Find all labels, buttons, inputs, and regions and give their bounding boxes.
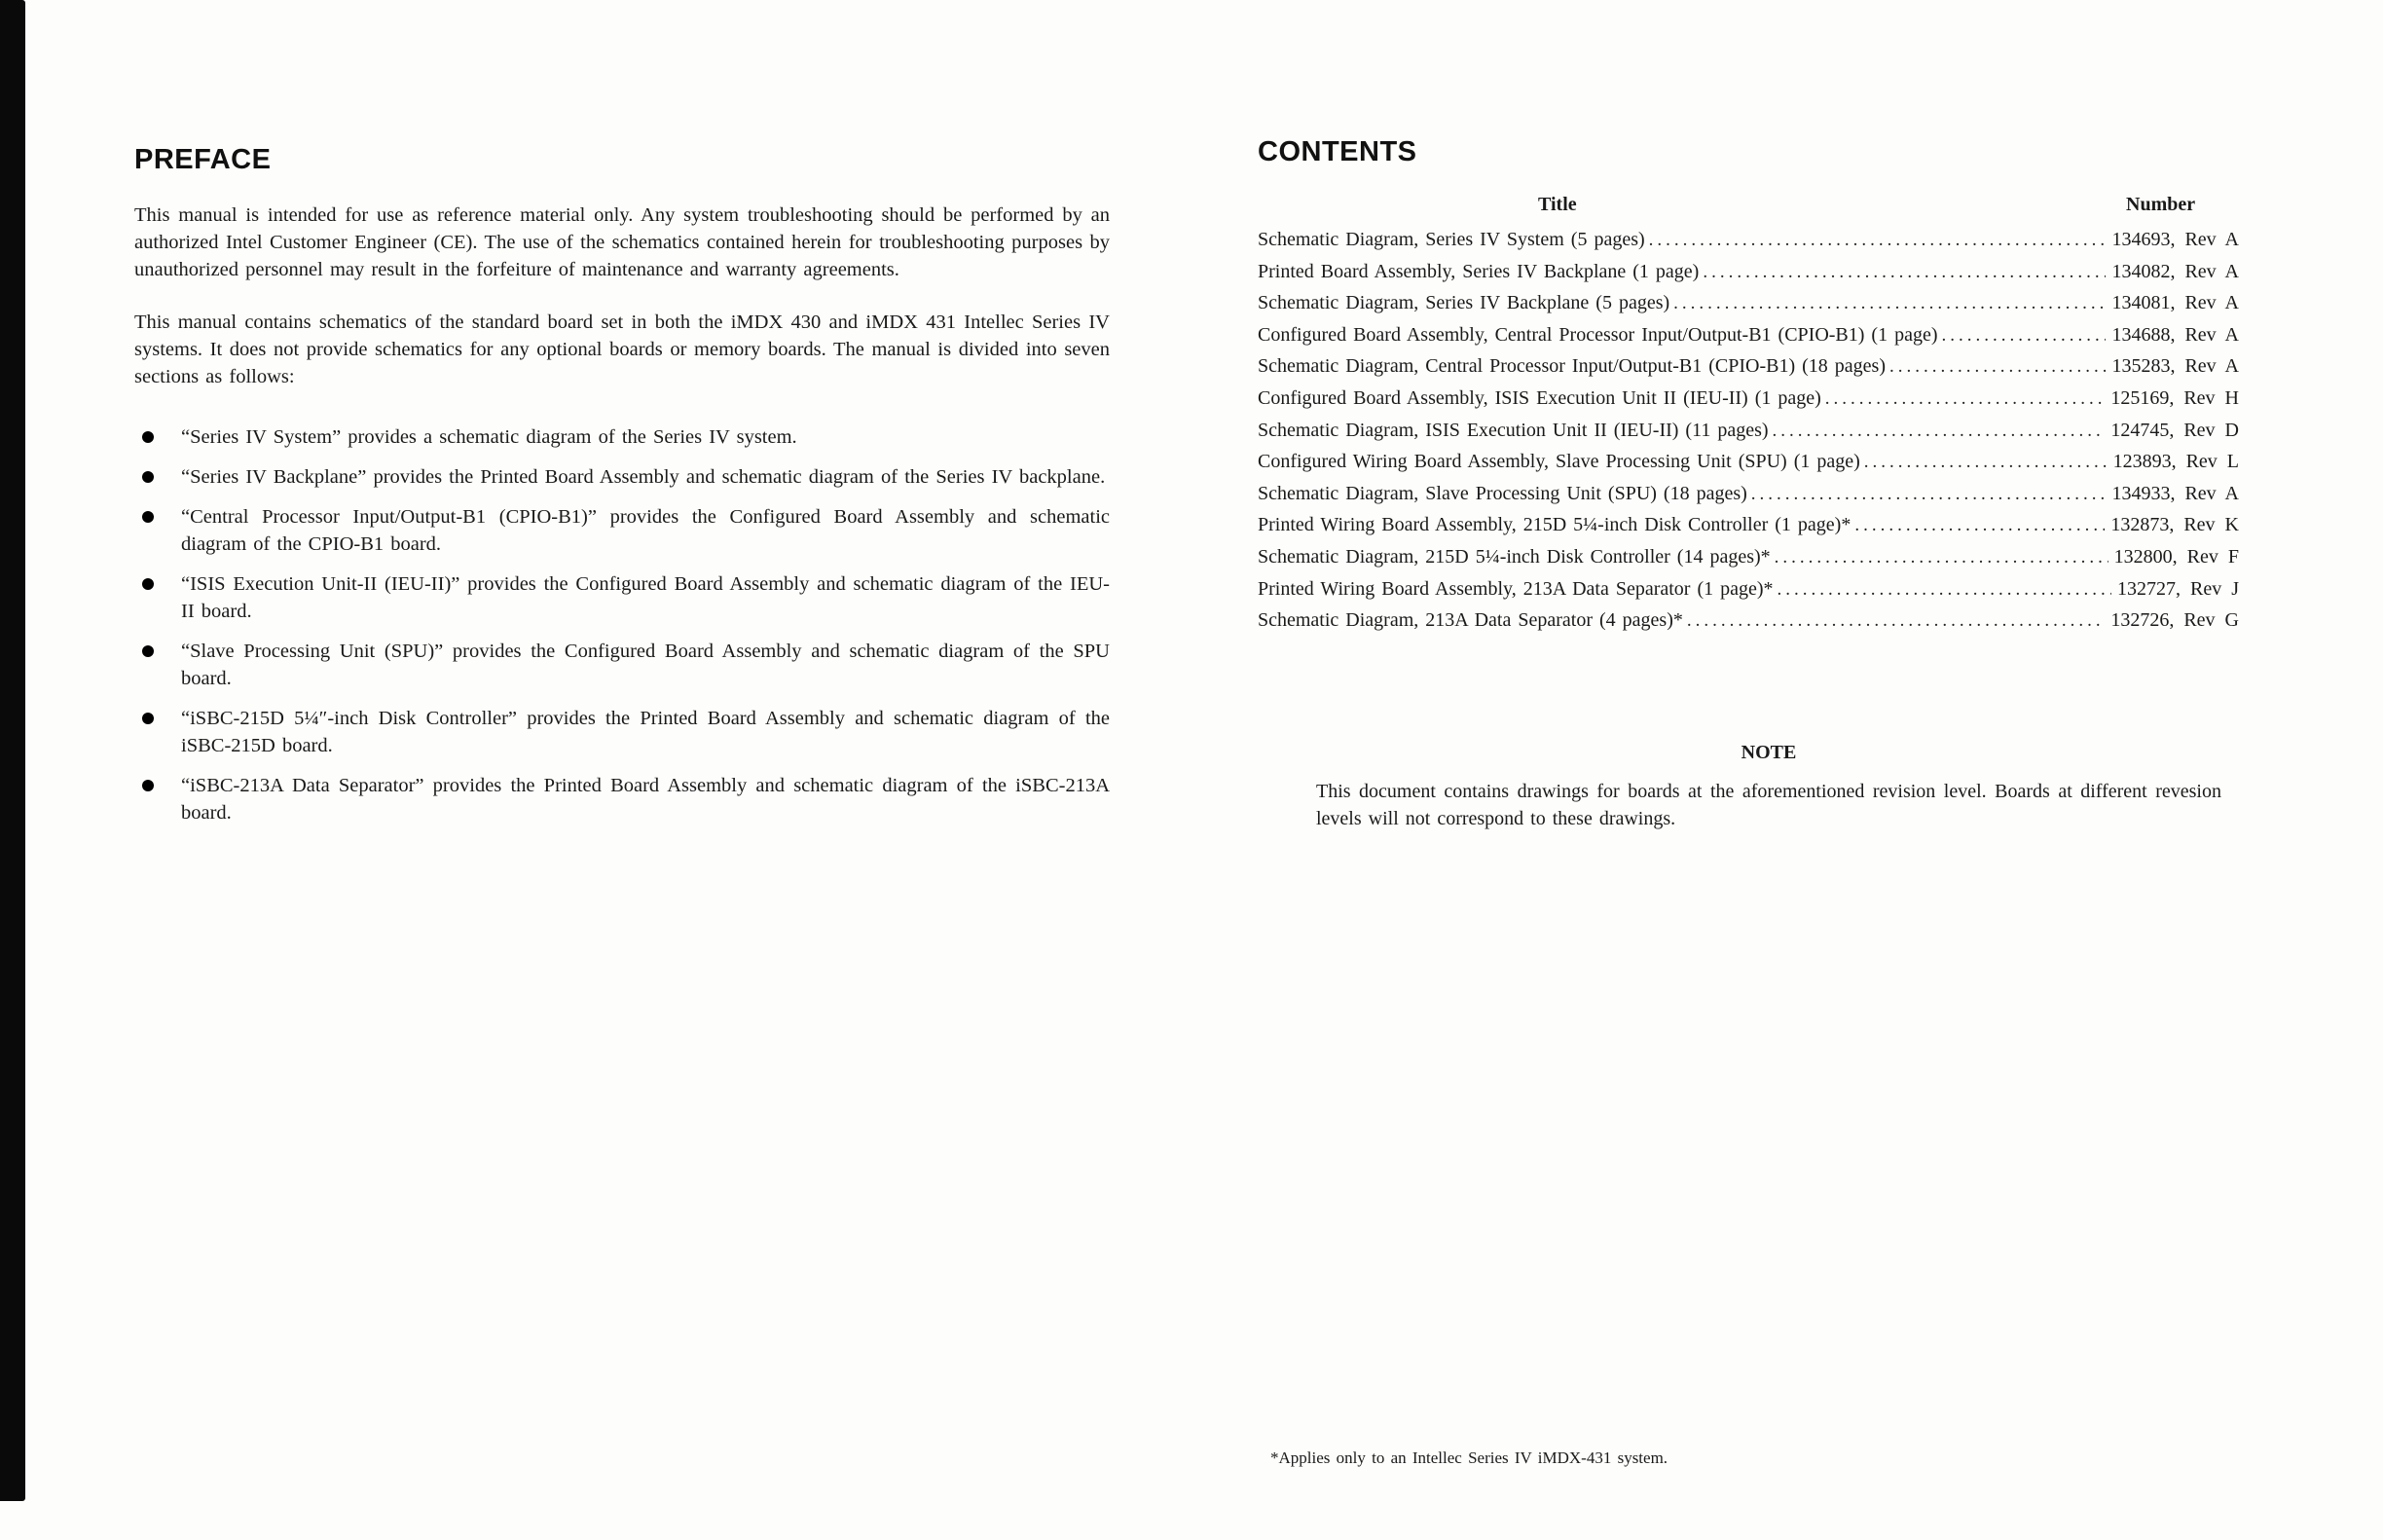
dot-leader: [1942, 324, 2107, 347]
toc-entry-number: 123893, Rev L: [2113, 451, 2239, 473]
toc-header-row: Title Number: [1258, 194, 2239, 227]
bullet-item: “Series IV System” provides a schematic …: [134, 423, 1110, 451]
toc-row: Schematic Diagram, 213A Data Separator (…: [1258, 609, 2239, 642]
contents-section: CONTENTS Title Number Schematic Diagram,…: [1258, 136, 2239, 642]
toc-entry-number: 132727, Rev J: [2117, 578, 2239, 601]
preface-heading: PREFACE: [134, 144, 1110, 176]
toc-col-number: Number: [2126, 194, 2195, 216]
toc-entry-number: 132873, Rev K: [2110, 514, 2239, 536]
toc-row: Configured Board Assembly, ISIS Executio…: [1258, 387, 2239, 420]
toc-col-title: Title: [1538, 194, 1577, 216]
toc-entry-number: 134688, Rev A: [2111, 324, 2239, 347]
toc-entry-title: Configured Board Assembly, Central Proce…: [1258, 324, 1938, 347]
bullet-icon: [142, 780, 154, 791]
toc-row: Printed Board Assembly, Series IV Backpl…: [1258, 261, 2239, 293]
bullet-icon: [142, 431, 154, 443]
toc-entry-number: 125169, Rev H: [2110, 387, 2239, 410]
dot-leader: [1687, 609, 2105, 632]
toc-row: Configured Wiring Board Assembly, Slave …: [1258, 451, 2239, 483]
toc-entry-number: 134082, Rev A: [2111, 261, 2239, 283]
dot-leader: [1673, 292, 2106, 314]
contents-heading: CONTENTS: [1258, 136, 2239, 168]
bullet-item: “Slave Processing Unit (SPU)” provides t…: [134, 638, 1110, 692]
toc-entry-number: 134933, Rev A: [2111, 483, 2239, 505]
toc-entry-title: Schematic Diagram, Series IV System (5 p…: [1258, 229, 1645, 251]
note-block: NOTE This document contains drawings for…: [1316, 742, 2221, 832]
manual-scan-page: PREFACE This manual is intended for use …: [0, 0, 2383, 1540]
footnote: *Applies only to an Intellec Series IV i…: [1270, 1448, 1668, 1468]
dot-leader: [1773, 420, 2106, 442]
toc-row: Schematic Diagram, 215D 5¼-inch Disk Con…: [1258, 546, 2239, 578]
preface-bullet-list: “Series IV System” provides a schematic …: [134, 423, 1110, 826]
dot-leader: [1778, 578, 2111, 601]
toc-row: Configured Board Assembly, Central Proce…: [1258, 324, 2239, 356]
toc-entry-title: Printed Board Assembly, Series IV Backpl…: [1258, 261, 1699, 283]
bullet-text: “ISIS Execution Unit-II (IEU-II)” provid…: [181, 573, 1110, 622]
toc-row: Schematic Diagram, Slave Processing Unit…: [1258, 483, 2239, 515]
toc-entry-title: Schematic Diagram, Central Processor Inp…: [1258, 355, 1886, 378]
toc-row: Schematic Diagram, Central Processor Inp…: [1258, 355, 2239, 387]
bullet-item: “Series IV Backplane” provides the Print…: [134, 463, 1110, 491]
bullet-icon: [142, 511, 154, 523]
note-body: This document contains drawings for boar…: [1316, 778, 2221, 832]
preface-paragraph-1: This manual is intended for use as refer…: [134, 202, 1110, 283]
toc-entry-title: Configured Board Assembly, ISIS Executio…: [1258, 387, 1821, 410]
toc-entry-title: Schematic Diagram, Slave Processing Unit…: [1258, 483, 1747, 505]
dot-leader: [1854, 514, 2105, 536]
toc-row: Schematic Diagram, Series IV System (5 p…: [1258, 229, 2239, 261]
toc-entry-number: 124745, Rev D: [2110, 420, 2239, 442]
bullet-item: “ISIS Execution Unit-II (IEU-II)” provid…: [134, 570, 1110, 625]
dot-leader: [1889, 355, 2106, 378]
scan-edge-bar: [0, 0, 25, 1501]
toc-list: Schematic Diagram, Series IV System (5 p…: [1258, 229, 2239, 642]
toc-entry-title: Printed Wiring Board Assembly, 213A Data…: [1258, 578, 1774, 601]
bullet-item: “iSBC-215D 5¼″-inch Disk Controller” pro…: [134, 705, 1110, 759]
dot-leader: [1864, 451, 2108, 473]
toc-entry-number: 134693, Rev A: [2111, 229, 2239, 251]
dot-leader: [1775, 546, 2108, 568]
toc-entry-title: Schematic Diagram, Series IV Backplane (…: [1258, 292, 1669, 314]
toc-row: Schematic Diagram, ISIS Execution Unit I…: [1258, 420, 2239, 452]
bullet-text: “iSBC-213A Data Separator” provides the …: [181, 775, 1110, 824]
toc-entry-title: Configured Wiring Board Assembly, Slave …: [1258, 451, 1860, 473]
dot-leader: [1703, 261, 2106, 283]
bullet-text: “Central Processor Input/Output-B1 (CPIO…: [181, 506, 1110, 555]
bullet-text: “Slave Processing Unit (SPU)” provides t…: [181, 641, 1110, 689]
bullet-text: “iSBC-215D 5¼″-inch Disk Controller” pro…: [181, 708, 1110, 756]
toc-row: Printed Wiring Board Assembly, 215D 5¼-i…: [1258, 514, 2239, 546]
toc-row: Printed Wiring Board Assembly, 213A Data…: [1258, 578, 2239, 610]
bullet-item: “Central Processor Input/Output-B1 (CPIO…: [134, 503, 1110, 558]
dot-leader: [1751, 483, 2107, 505]
note-heading: NOTE: [1316, 742, 2221, 764]
toc-entry-number: 135283, Rev A: [2111, 355, 2239, 378]
bullet-icon: [142, 578, 154, 590]
toc-entry-title: Schematic Diagram, 215D 5¼-inch Disk Con…: [1258, 546, 1771, 568]
toc-entry-number: 134081, Rev A: [2111, 292, 2239, 314]
bullet-icon: [142, 471, 154, 483]
toc-entry-number: 132726, Rev G: [2110, 609, 2239, 632]
toc-entry-number: 132800, Rev F: [2114, 546, 2239, 568]
dot-leader: [1649, 229, 2107, 251]
toc-entry-title: Schematic Diagram, ISIS Execution Unit I…: [1258, 420, 1769, 442]
preface-paragraph-2: This manual contains schematics of the s…: [134, 309, 1110, 390]
toc-entry-title: Printed Wiring Board Assembly, 215D 5¼-i…: [1258, 514, 1851, 536]
bullet-icon: [142, 645, 154, 657]
bullet-icon: [142, 713, 154, 724]
bullet-item: “iSBC-213A Data Separator” provides the …: [134, 772, 1110, 826]
toc-entry-title: Schematic Diagram, 213A Data Separator (…: [1258, 609, 1683, 632]
bullet-text: “Series IV System” provides a schematic …: [181, 426, 797, 448]
bullet-text: “Series IV Backplane” provides the Print…: [181, 466, 1105, 488]
dot-leader: [1825, 387, 2106, 410]
toc-row: Schematic Diagram, Series IV Backplane (…: [1258, 292, 2239, 324]
preface-section: PREFACE This manual is intended for use …: [134, 144, 1110, 839]
